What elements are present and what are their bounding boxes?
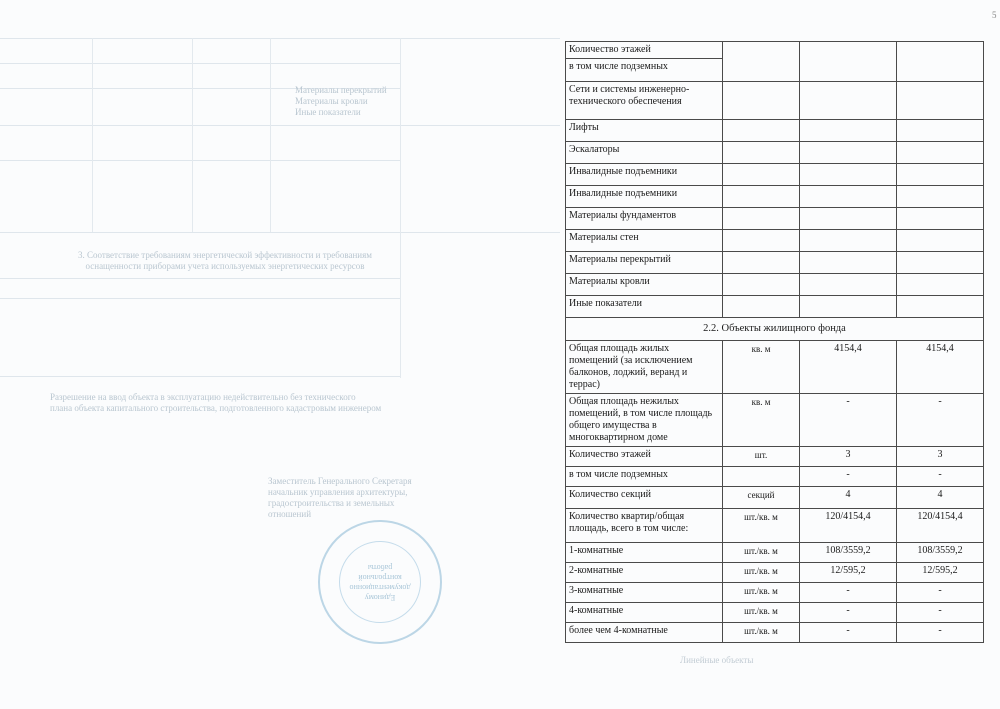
row-unit [723, 42, 800, 82]
row-actual [897, 296, 984, 318]
bleed-paragraph: Разрешение на ввод объекта в эксплуатаци… [50, 392, 550, 414]
table-row: 1-комнатныешт./кв. м108/3559,2108/3559,2 [566, 543, 984, 563]
row-actual [897, 230, 984, 252]
row-project: - [800, 583, 897, 603]
row-label: 3-комнатные [566, 583, 723, 603]
row-actual: 4154,4 [897, 341, 984, 394]
row-actual [897, 186, 984, 208]
table-row: 4-комнатныешт./кв. м-- [566, 603, 984, 623]
row-label: 2-комнатные [566, 563, 723, 583]
row-project [800, 164, 897, 186]
row-actual [897, 164, 984, 186]
table-row: 2-комнатныешт./кв. м12/595,212/595,2 [566, 563, 984, 583]
building-characteristics-table: Количество этажейв том числе подземныхСе… [565, 41, 984, 643]
row-unit: шт./кв. м [723, 543, 800, 563]
row-actual [897, 82, 984, 120]
row-label: Инвалидные подъемники [566, 164, 723, 186]
row-unit: шт./кв. м [723, 563, 800, 583]
row-project: 4 [800, 487, 897, 509]
row-actual: - [897, 394, 984, 447]
row-unit [723, 467, 800, 487]
table-row: 3-комнатныешт./кв. м-- [566, 583, 984, 603]
row-label: Лифты [566, 120, 723, 142]
row-unit [723, 230, 800, 252]
row-label: Общая площадь нежилых помещений, в том ч… [566, 394, 723, 447]
row-label: Материалы фундаментов [566, 208, 723, 230]
table-row: Количество этажейв том числе подземных [566, 42, 984, 82]
row-unit [723, 120, 800, 142]
table-row: Общая площадь нежилых помещений, в том ч… [566, 394, 984, 447]
row-actual [897, 208, 984, 230]
row-label: Сети и системы инженерно-технического об… [566, 82, 723, 120]
table-row: в том числе подземных-- [566, 467, 984, 487]
row-actual: - [897, 603, 984, 623]
row-project [800, 142, 897, 164]
row-actual: - [897, 623, 984, 643]
row-unit: шт./кв. м [723, 509, 800, 543]
row-unit [723, 142, 800, 164]
row-unit: шт./кв. м [723, 583, 800, 603]
row-label: в том числе подземных [566, 467, 723, 487]
table-row: Иные показатели [566, 296, 984, 318]
row-label: Количество квартир/общая площадь, всего … [566, 509, 723, 543]
row-unit [723, 274, 800, 296]
table-row: Материалы перекрытий [566, 252, 984, 274]
row-actual [897, 142, 984, 164]
section-header-row: 2.2. Объекты жилищного фонда [566, 318, 984, 341]
bleed-caption: Линейные объекты [680, 655, 800, 666]
table-row: Количество секцийсекций44 [566, 487, 984, 509]
row-project [800, 120, 897, 142]
table-row: Сети и системы инженерно-технического об… [566, 82, 984, 120]
row-actual: 120/4154,4 [897, 509, 984, 543]
row-project [800, 252, 897, 274]
row-unit [723, 186, 800, 208]
row-unit: секций [723, 487, 800, 509]
table-row: Материалы стен [566, 230, 984, 252]
row-actual: 4 [897, 487, 984, 509]
row-project: - [800, 623, 897, 643]
row-unit [723, 208, 800, 230]
row-label: Материалы стен [566, 230, 723, 252]
row-unit [723, 164, 800, 186]
row-project: 4154,4 [800, 341, 897, 394]
row-sublabel: в том числе подземных [566, 58, 722, 73]
row-label: Количество этажейв том числе подземных [566, 42, 723, 82]
table-row: Материалы фундаментов [566, 208, 984, 230]
row-label: Эскалаторы [566, 142, 723, 164]
table-row: Инвалидные подъемники [566, 164, 984, 186]
row-project [800, 186, 897, 208]
row-actual: - [897, 583, 984, 603]
row-project [800, 82, 897, 120]
official-stamp: Единому документационно контрольной рабо… [318, 520, 442, 644]
row-unit: кв. м [723, 394, 800, 447]
bleed-through-layer: Материалы перекрытий Материалы кровли Ин… [0, 0, 560, 709]
row-actual [897, 120, 984, 142]
row-label: Материалы кровли [566, 274, 723, 296]
row-actual [897, 252, 984, 274]
row-project: 120/4154,4 [800, 509, 897, 543]
row-project: 3 [800, 447, 897, 467]
row-project: 12/595,2 [800, 563, 897, 583]
bleed-left-block: Материалы перекрытий Материалы кровли Ин… [295, 85, 405, 118]
section-title: 2.2. Объекты жилищного фонда [566, 318, 984, 341]
row-label: Количество секций [566, 487, 723, 509]
row-project [800, 296, 897, 318]
row-unit [723, 82, 800, 120]
row-label: 4-комнатные [566, 603, 723, 623]
row-label: Общая площадь жилых помещений (за исключ… [566, 341, 723, 394]
row-project [800, 208, 897, 230]
row-label: Количество этажей [566, 447, 723, 467]
row-project: - [800, 394, 897, 447]
row-actual: 12/595,2 [897, 563, 984, 583]
row-project [800, 274, 897, 296]
bleed-heading: 3. Соответствие требованиям энергетическ… [60, 250, 390, 272]
table-row: Количество этажейшт.33 [566, 447, 984, 467]
row-actual: 3 [897, 447, 984, 467]
row-project: 108/3559,2 [800, 543, 897, 563]
bleed-signature: Заместитель Генерального Секретаря начал… [268, 476, 468, 520]
row-unit: шт./кв. м [723, 623, 800, 643]
row-unit [723, 296, 800, 318]
row-label: Материалы перекрытий [566, 252, 723, 274]
row-project [800, 42, 897, 82]
row-actual: 108/3559,2 [897, 543, 984, 563]
row-project: - [800, 603, 897, 623]
row-actual [897, 42, 984, 82]
row-label: Инвалидные подъемники [566, 186, 723, 208]
table-row: более чем 4-комнатныешт./кв. м-- [566, 623, 984, 643]
row-project: - [800, 467, 897, 487]
row-label: Иные показатели [566, 296, 723, 318]
table-row: Общая площадь жилых помещений (за исключ… [566, 341, 984, 394]
table-row: Инвалидные подъемники [566, 186, 984, 208]
row-unit: кв. м [723, 341, 800, 394]
row-unit: шт./кв. м [723, 603, 800, 623]
table-row: Лифты [566, 120, 984, 142]
table-row: Материалы кровли [566, 274, 984, 296]
row-actual: - [897, 467, 984, 487]
row-label: 1-комнатные [566, 543, 723, 563]
margin-mark: 5 [992, 10, 997, 20]
stamp-text: Единому документационно контрольной рабо… [339, 541, 421, 623]
row-label: более чем 4-комнатные [566, 623, 723, 643]
row-unit: шт. [723, 447, 800, 467]
table-row: Количество квартир/общая площадь, всего … [566, 509, 984, 543]
row-unit [723, 252, 800, 274]
table-row: Эскалаторы [566, 142, 984, 164]
row-project [800, 230, 897, 252]
row-actual [897, 274, 984, 296]
